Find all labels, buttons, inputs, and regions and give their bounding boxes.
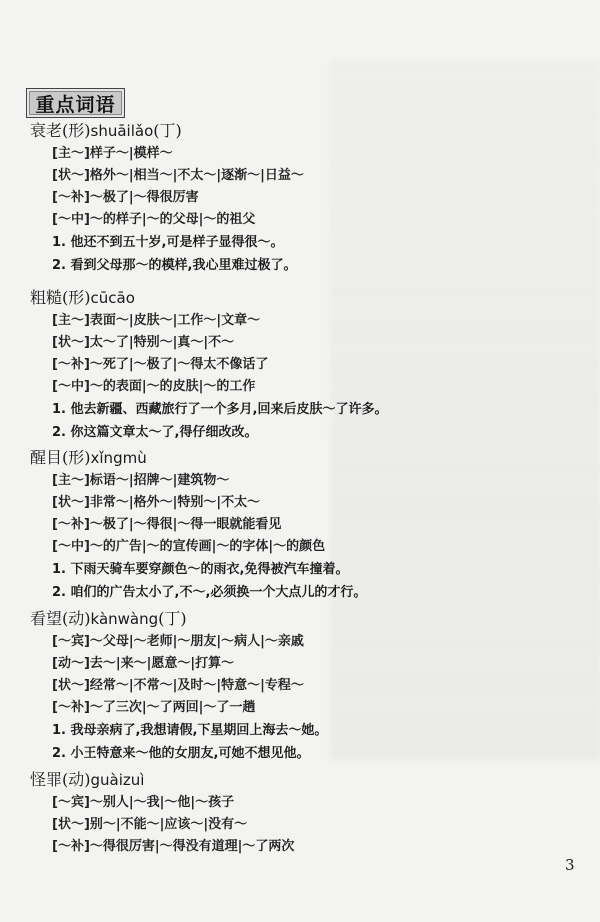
part-of-speech: (形) xyxy=(62,448,91,467)
collocation-line: [状～]格外～|相当～|不太～|逐渐～|日益～ xyxy=(52,165,304,187)
pinyin: cūcāo xyxy=(91,289,135,307)
pinyin: xǐngmù xyxy=(91,449,147,467)
vocab-entry: 怪罪(动)guàizuì [～宾]～别人|～我|～他|～孩子 [状～]别～|不能… xyxy=(30,768,294,858)
collocation-line: [主～]标语～|招牌～|建筑物～ xyxy=(52,470,366,492)
headword: 粗糙(形)cūcāo xyxy=(30,286,387,310)
headword: 看望(动)kànwàng(丁) xyxy=(30,607,327,631)
word: 怪罪 xyxy=(30,770,62,789)
collocation-line: [～补]～极了|～得很厉害 xyxy=(52,187,304,209)
collocation-line: [状～]非常～|格外～|特别～|不太～ xyxy=(52,492,366,514)
level: (丁) xyxy=(153,121,182,140)
vocab-entry: 醒目(形)xǐngmù [主～]标语～|招牌～|建筑物～ [状～]非常～|格外～… xyxy=(30,446,366,604)
collocation-line: [主～]样子～|模样～ xyxy=(52,143,304,165)
example-sentence: 2. 咱们的广告太小了,不～,必须换一个大点儿的才行。 xyxy=(52,581,366,604)
collocation-line: [状～]经常～|不常～|及时～|特意～|专程～ xyxy=(52,675,327,697)
example-sentence: 1. 下雨天骑车要穿颜色～的雨衣,免得被汽车撞着。 xyxy=(52,558,366,581)
example-sentence: 2. 你这篇文章太～了,得仔细改改。 xyxy=(52,421,387,444)
collocation-line: [～补]～了三次|～了两回|～了一趟 xyxy=(52,697,327,719)
collocation-line: [～中]～的广告|～的宣传画|～的字体|～的颜色 xyxy=(52,536,366,558)
collocation-line: [～中]～的样子|～的父母|～的祖父 xyxy=(52,209,304,231)
collocation-line: [～中]～的表面|～的皮肤|～的工作 xyxy=(52,376,387,398)
part-of-speech: (形) xyxy=(62,288,91,307)
vocab-entry: 看望(动)kànwàng(丁) [～宾]～父母|～老师|～朋友|～病人|～亲戚 … xyxy=(30,607,327,765)
word: 粗糙 xyxy=(30,288,62,307)
collocation-line: [～补]～死了|～极了|～得太不像话了 xyxy=(52,354,387,376)
part-of-speech: (形) xyxy=(62,121,91,140)
part-of-speech: (动) xyxy=(62,609,91,628)
word: 衰老 xyxy=(30,121,62,140)
level: (丁) xyxy=(158,609,187,628)
example-sentence: 1. 他去新疆、西藏旅行了一个多月,回来后皮肤～了许多。 xyxy=(52,398,387,421)
collocation-line: [主～]表面～|皮肤～|工作～|文章～ xyxy=(52,310,387,332)
collocation-line: [～宾]～别人|～我|～他|～孩子 xyxy=(52,792,294,814)
headword: 醒目(形)xǐngmù xyxy=(30,446,366,470)
collocation-line: [动～]去～|来～|愿意～|打算～ xyxy=(52,653,327,675)
page-number: 3 xyxy=(565,856,575,874)
vocab-entry: 粗糙(形)cūcāo [主～]表面～|皮肤～|工作～|文章～ [状～]太～了|特… xyxy=(30,286,387,444)
collocation-line: [状～]太～了|特别～|真～|不～ xyxy=(52,332,387,354)
example-sentence: 1. 他还不到五十岁,可是样子显得很～。 xyxy=(52,231,304,254)
collocation-line: [～补]～极了|～得很|～得一眼就能看见 xyxy=(52,514,366,536)
part-of-speech: (动) xyxy=(62,770,91,789)
headword: 怪罪(动)guàizuì xyxy=(30,768,294,792)
example-sentence: 1. 我母亲病了,我想请假,下星期回上海去～她。 xyxy=(52,719,327,742)
collocation-line: [状～]别～|不能～|应该～|没有～ xyxy=(52,814,294,836)
word: 看望 xyxy=(30,609,62,628)
pinyin: kànwàng xyxy=(91,610,159,628)
pinyin: shuāilǎo xyxy=(91,122,154,140)
pinyin: guàizuì xyxy=(91,771,145,789)
collocation-line: [～宾]～父母|～老师|～朋友|～病人|～亲戚 xyxy=(52,631,327,653)
example-sentence: 2. 小王特意来～他的女朋友,可她不想见他。 xyxy=(52,742,327,765)
word: 醒目 xyxy=(30,448,62,467)
section-title: 重点词语 xyxy=(26,88,125,118)
vocab-entry: 衰老(形)shuāilǎo(丁) [主～]样子～|模样～ [状～]格外～|相当～… xyxy=(30,119,304,277)
example-sentence: 2. 看到父母那～的模样,我心里难过极了。 xyxy=(52,254,304,277)
collocation-line: [～补]～得很厉害|～得没有道理|～了两次 xyxy=(52,836,294,858)
headword: 衰老(形)shuāilǎo(丁) xyxy=(30,119,304,143)
